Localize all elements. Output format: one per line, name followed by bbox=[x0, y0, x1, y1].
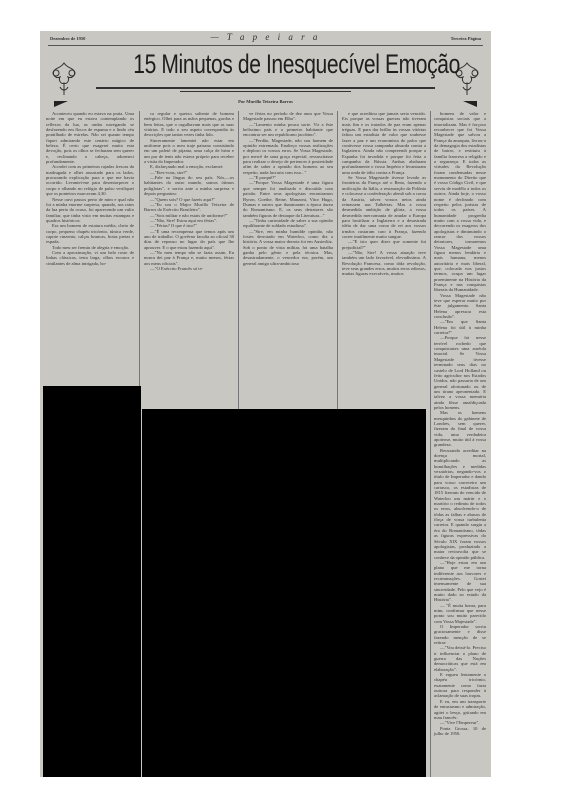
article-title: 15 Minutos de Inesquecível Emoção bbox=[133, 49, 397, 80]
paragraph: —"Porque Vossa Magestade é uma figura qu… bbox=[243, 180, 333, 217]
fleur-ornament-icon bbox=[46, 59, 82, 99]
paragraph: —"Tinha curiosidade de saber a sua opini… bbox=[243, 218, 333, 229]
paragraph: ve férias no período de dez anos que Vos… bbox=[243, 111, 333, 122]
paragraph: O Imperador sorriu graciosamente e disse… bbox=[434, 624, 486, 645]
column-divider bbox=[430, 111, 431, 777]
paragraph: Recusando acreditar na doença mortal, mu… bbox=[434, 448, 486, 560]
paragraph: Era um homem de estatura média, cheio de… bbox=[46, 223, 134, 244]
text-column-3: ve férias no período de dez anos que Vos… bbox=[243, 111, 333, 266]
paragraph: —"E isto quer dizer que somente fui prej… bbox=[342, 239, 426, 250]
paragraph: Vossa Magestade não teve que esperar mui… bbox=[434, 293, 486, 320]
paragraph: Mas os homens mesquinhos do gabinete de … bbox=[434, 410, 486, 447]
masthead-text: — T a p e i a r a bbox=[207, 32, 325, 42]
paragraph: Acordei com as primeiras rajadas frescas… bbox=[46, 164, 134, 196]
paragraph: —"É uma recompensa que temos após um ano… bbox=[144, 229, 234, 250]
paragraph: —"Vive l'Empereur". bbox=[434, 720, 486, 725]
paragraph: —"Perdão, Magestade, não sou homem de op… bbox=[243, 138, 333, 175]
paragraph: —"Vou deixá-lo. Preciso ir influenciar o… bbox=[434, 645, 486, 672]
title-rule-secondary bbox=[180, 91, 351, 92]
paragraph: Com a aproximação, vi um belo rosto de l… bbox=[46, 250, 134, 266]
byline: Por Murillo Teixeira Barros bbox=[40, 99, 491, 104]
paragraph: —"Eu sou o Major Murillo Teixeira de Bar… bbox=[144, 202, 234, 213]
paragraph: E, disfarçando mal a emoção, exclamei: bbox=[144, 164, 234, 169]
paragraph: homens de valor e conquistas sociais que… bbox=[434, 111, 486, 293]
newspaper-page: Dezembro de 1950 — T a p e i a r a Terce… bbox=[40, 31, 491, 777]
page-label: Terceira Página bbox=[451, 36, 481, 41]
paragraph: Nesse ouvi passos perto de mim e qual nã… bbox=[46, 197, 134, 224]
paragraph: E ergueu lentamente o chapéu tricórnio, … bbox=[434, 672, 486, 699]
paragraph: E eu, em um transporte de entusiasmo e a… bbox=[434, 699, 486, 720]
header-rule bbox=[48, 45, 483, 46]
text-column-2: ca regular e queixo saliente de homem en… bbox=[144, 111, 234, 271]
masthead: — T a p e i a r a bbox=[40, 32, 491, 42]
text-column-5: homens de valor e conquistas sociais que… bbox=[434, 111, 486, 736]
paragraph: Ponta Grossa, 10 de julho de 1950. bbox=[434, 726, 486, 737]
redaction-block-center bbox=[142, 409, 426, 777]
paragraph: — "É muita honra, para mim, confirmar qu… bbox=[434, 603, 486, 624]
paragraph: —"Lamento minha pouca sorte. Vir a êste … bbox=[243, 122, 333, 138]
paragraph: Sinceramente lamentei não estar em unifo… bbox=[144, 138, 234, 165]
paragraph: —Porque foi nesse terrível rochedo que c… bbox=[434, 335, 486, 410]
paragraph: —"Em que Santa Helena foi útil à minha c… bbox=[434, 319, 486, 335]
paragraph: —"Não, Sire! A vossa atuação teve também… bbox=[342, 250, 426, 277]
text-column-4: e que acreditou que jamais seria vencido… bbox=[342, 111, 426, 277]
text-column-1: Aconteceu quando eu estava na praia. Uma… bbox=[46, 111, 134, 266]
paragraph: —"Hoje estou em um plano que me torna in… bbox=[434, 560, 486, 603]
paragraph: —"O Exército Francês só te- bbox=[144, 266, 234, 271]
paragraph: —"Sire, em minha humilde opinião, não fo… bbox=[243, 229, 333, 266]
title-rule bbox=[96, 87, 435, 89]
redaction-block-left bbox=[43, 386, 141, 777]
paragraph: Aconteceu quando eu estava na praia. Uma… bbox=[46, 111, 134, 164]
paragraph: —Fale na língua do seu país. Nós,—os hab… bbox=[144, 175, 234, 196]
paragraph: Se Vossa Magestade tivesse levado as fro… bbox=[342, 175, 426, 239]
paragraph: ca regular e queixo saliente de homem en… bbox=[144, 111, 234, 138]
paragraph: —"No meu tempo não se fazia assim. Eu nu… bbox=[144, 250, 234, 266]
paragraph: e que acreditou que jamais seria vencido… bbox=[342, 111, 426, 175]
